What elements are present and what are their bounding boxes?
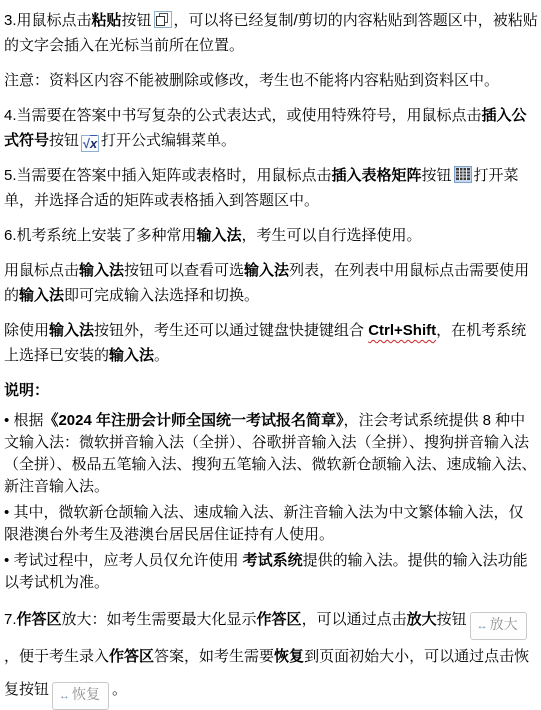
text: 按钮外，考生还可以通过键盘快捷键组合 [94, 322, 368, 339]
text: 答案，如考生需要 [154, 648, 274, 665]
sqrt-glyph: √ [83, 136, 90, 151]
restore-button: ↔恢复 [52, 682, 109, 710]
text-bold: 输入法 [49, 322, 94, 339]
text: 打开公式编辑菜单。 [101, 132, 236, 149]
text-bold: 输入法 [244, 262, 289, 279]
text-bold: 作答区 [257, 611, 302, 628]
bullet-exam-system-only: • 考试过程中，应考人员仅允许使用 考试系统提供的输入法。提供的输入法功能以考试… [4, 550, 538, 594]
insert-table-icon [454, 166, 472, 183]
instruction-6-shortcut: 除使用输入法按钮外，考生还可以通过键盘快捷键组合 Ctrl+Shift，在机考系… [4, 318, 538, 368]
keyboard-shortcut: Ctrl+Shift [368, 322, 436, 339]
paste-icon [154, 11, 172, 28]
bullet-input-methods: • 根据《2024 年注册会计师全国统一考试报名简章》，注会考试系统提供 8 种… [4, 410, 538, 498]
enlarge-button: ↔放大 [470, 612, 527, 640]
text-bold: 输入法 [109, 347, 154, 364]
text-bold: 插入表格矩阵 [332, 167, 422, 184]
text-bold: 恢复 [274, 648, 304, 665]
text: 。 [112, 681, 127, 698]
text: 除使用 [4, 322, 49, 339]
text-bold: 作答区 [109, 648, 154, 665]
text: ，考生可以自行选择使用。 [242, 227, 422, 244]
text: 考试过程中，应考人员仅允许使用 [13, 552, 242, 569]
text: 根据 [13, 412, 43, 429]
note-paste-restriction: 注意：资料区内容不能被删除或修改，考生也不能将内容粘贴到资料区中。 [4, 68, 538, 93]
instruction-4: 4.当需要在答案中书写复杂的公式表达式，或使用特殊符号，用鼠标点击插入公式符号按… [4, 103, 538, 153]
text: 7. [4, 611, 17, 628]
text: 5.当需要在答案中插入矩阵或表格时，用鼠标点击 [4, 167, 332, 184]
text: 6.机考系统上安装了多种常用 [4, 227, 197, 244]
text-bold: 《2024 年注册会计师全国统一考试报名简章》 [43, 412, 343, 429]
text: 即可完成输入法选择和切换。 [64, 287, 259, 304]
bullet-icon: • [4, 504, 9, 521]
text: 其中，微软新仓颉输入法、速成输入法、新注音输入法为中文繁体输入法，仅限港澳台外考… [4, 504, 523, 543]
x-glyph: x [90, 135, 97, 151]
insert-formula-icon: √x [81, 135, 99, 152]
text: 按钮 [422, 167, 452, 184]
help-document: 3.用鼠标点击粘贴按钮，可以将已经复制/剪切的内容粘贴到答题区中，被粘贴的文字会… [0, 0, 541, 710]
instruction-5: 5.当需要在答案中插入矩阵或表格时，用鼠标点击插入表格矩阵按钮打开菜单，并选择合… [4, 163, 538, 213]
text-bold: 粘贴 [92, 12, 122, 29]
text-bold: 放大 [407, 611, 437, 628]
text: 用鼠标点击 [4, 262, 79, 279]
resize-arrows-icon: ↔ [477, 620, 487, 632]
notes-heading: 说明： [4, 378, 538, 403]
text: ，可以通过点击 [302, 611, 407, 628]
instruction-6: 6.机考系统上安装了多种常用输入法，考生可以自行选择使用。 [4, 223, 538, 248]
text: 。 [154, 347, 169, 364]
text: 4.当需要在答案中书写复杂的公式表达式，或使用特殊符号，用鼠标点击 [4, 107, 482, 124]
text-bold: 输入法 [19, 287, 64, 304]
text: 按钮 [122, 12, 152, 29]
restore-button-label: 恢复 [72, 686, 100, 702]
bullet-icon: • [4, 412, 9, 429]
resize-arrows-icon: ↔ [59, 690, 69, 702]
instruction-3: 3.用鼠标点击粘贴按钮，可以将已经复制/剪切的内容粘贴到答题区中，被粘贴的文字会… [4, 8, 538, 58]
text-bold: 输入法 [79, 262, 124, 279]
text: ，便于考生录入 [4, 648, 109, 665]
text: 按钮可以查看可选 [124, 262, 244, 279]
text-bold: 考试系统 [243, 552, 303, 569]
text-bold: 输入法 [197, 227, 242, 244]
instruction-6-usage: 用鼠标点击输入法按钮可以查看可选输入法列表，在列表中用鼠标点击需要使用的输入法即… [4, 258, 538, 308]
text: 放大：如考生需要最大化显示 [62, 611, 257, 628]
text: 按钮 [437, 611, 467, 628]
bullet-icon: • [4, 552, 9, 569]
text: 注意：资料区内容不能被删除或修改，考生也不能将内容粘贴到资料区中。 [4, 72, 499, 89]
enlarge-button-label: 放大 [490, 616, 518, 632]
bullet-traditional-input: • 其中，微软新仓颉输入法、速成输入法、新注音输入法为中文繁体输入法，仅限港澳台… [4, 502, 538, 546]
text: 按钮 [49, 132, 79, 149]
text: 3.用鼠标点击 [4, 12, 92, 29]
instruction-7: 7.作答区放大：如考生需要最大化显示作答区，可以通过点击放大按钮↔放大，便于考生… [4, 603, 538, 710]
text-bold: 作答区 [17, 611, 62, 628]
